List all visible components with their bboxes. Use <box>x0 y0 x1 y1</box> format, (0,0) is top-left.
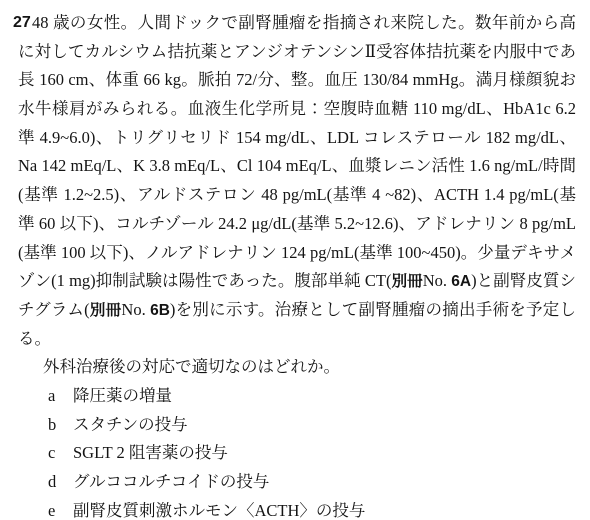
choice-letter: d <box>48 468 73 497</box>
body-text-segment: 48 歳の女性。人間ドックで副腎腫瘤を指摘され来院した。数年前から高血圧症 <box>32 13 576 38</box>
body-text-segment: に対してカルシウム拮抗薬とアンジオテンシンⅡ受容体拮抗薬を内服中である。身 <box>18 42 576 67</box>
body-text-segment: チグラム( <box>18 300 90 319</box>
body-line: Na 142 mEq/L、K 3.8 mEq/L、Cl 104 mEq/L、血漿… <box>18 152 576 181</box>
bold-reference-text: 別冊 <box>392 273 423 290</box>
question-body: 48 歳の女性。人間ドックで副腎腫瘤を指摘され来院した。数年前から高血圧症に対し… <box>0 0 590 353</box>
body-text-segment: 長 160 cm、体重 66 kg。脈拍 72/分、整。血圧 130/84 mm… <box>18 70 576 95</box>
choice-row: e副腎皮質刺激ホルモン〈ACTH〉の投与 <box>18 497 590 520</box>
body-line: 48 歳の女性。人間ドックで副腎腫瘤を指摘され来院した。数年前から高血圧症 <box>18 9 576 38</box>
question-stem: 外科治療後の対応で適切なのはどれか。 <box>0 353 590 382</box>
body-text-segment: 準 60 以下)、コルチゾール 24.2 μg/dL(基準 5.2~12.6)、… <box>18 214 576 233</box>
choice-row: cSGLT 2 阻害薬の投与 <box>18 439 590 468</box>
body-text-segment: 水牛様肩がみられる。血液生化学所見：空腹時血糖 110 mg/dL、HbA1c … <box>18 99 576 124</box>
choice-letter: b <box>48 411 73 440</box>
body-text-segment: (基準 1.2~2.5)、アルドステロン 48 pg/mL(基準 4 ~82)、… <box>18 185 576 204</box>
body-line: 準 60 以下)、コルチゾール 24.2 μg/dL(基準 5.2~12.6)、… <box>18 210 576 239</box>
body-text-segment: ゾン(1 mg)抑制試験は陽性であった。腹部単純 CT( <box>18 271 392 290</box>
choice-list: a降圧薬の増量bスタチンの投与cSGLT 2 阻害薬の投与dグルココルチコイドの… <box>0 382 590 520</box>
body-line: (基準 100 以下)、ノルアドレナリン 124 pg/mL(基準 100~45… <box>18 239 576 268</box>
body-line: ゾン(1 mg)抑制試験は陽性であった。腹部単純 CT(別冊No. 6A)と副腎… <box>18 267 576 296</box>
question-number: 27 <box>13 9 31 38</box>
bold-reference-text: 別冊 <box>90 302 122 319</box>
body-text-segment: Na 142 mEq/L、K 3.8 mEq/L、Cl 104 mEq/L、血漿… <box>18 156 576 175</box>
choice-label: SGLT 2 阻害薬の投与 <box>73 439 590 468</box>
body-text-segment: No. <box>423 271 452 290</box>
choice-row: a降圧薬の増量 <box>18 382 590 411</box>
choice-letter: c <box>48 439 73 468</box>
body-line: る。 <box>18 325 576 354</box>
body-text-segment: (基準 100 以下)、ノルアドレナリン 124 pg/mL(基準 100~45… <box>18 243 576 268</box>
body-line: 準 4.9~6.0)、トリグリセリド 154 mg/dL、LDL コレステロール… <box>18 124 576 153</box>
body-text-segment: る。 <box>18 329 51 348</box>
choice-label: グルココルチコイドの投与 <box>73 468 590 497</box>
exam-question-page: 27 48 歳の女性。人間ドックで副腎腫瘤を指摘され来院した。数年前から高血圧症… <box>0 0 590 520</box>
choice-row: bスタチンの投与 <box>18 411 590 440</box>
choice-label: 降圧薬の増量 <box>73 382 590 411</box>
bold-reference-text: 6B <box>150 302 170 319</box>
choice-letter: a <box>48 382 73 411</box>
choice-letter: e <box>48 497 73 520</box>
body-line: (基準 1.2~2.5)、アルドステロン 48 pg/mL(基準 4 ~82)、… <box>18 181 576 210</box>
body-line: に対してカルシウム拮抗薬とアンジオテンシンⅡ受容体拮抗薬を内服中である。身 <box>18 38 576 67</box>
body-text-segment: 準 4.9~6.0)、トリグリセリド 154 mg/dL、LDL コレステロール… <box>18 128 576 147</box>
body-line: チグラム(別冊No. 6B)を別に示す。治療として副腎腫瘤の摘出手術を予定してい <box>18 296 576 325</box>
body-line: 水牛様肩がみられる。血液生化学所見：空腹時血糖 110 mg/dL、HbA1c … <box>18 95 576 124</box>
choice-label: 副腎皮質刺激ホルモン〈ACTH〉の投与 <box>73 497 590 520</box>
choice-label: スタチンの投与 <box>73 411 590 440</box>
body-text-segment: No. <box>121 300 150 319</box>
bold-reference-text: 6A <box>451 273 471 290</box>
choice-row: dグルココルチコイドの投与 <box>18 468 590 497</box>
body-line: 長 160 cm、体重 66 kg。脈拍 72/分、整。血圧 130/84 mm… <box>18 66 576 95</box>
